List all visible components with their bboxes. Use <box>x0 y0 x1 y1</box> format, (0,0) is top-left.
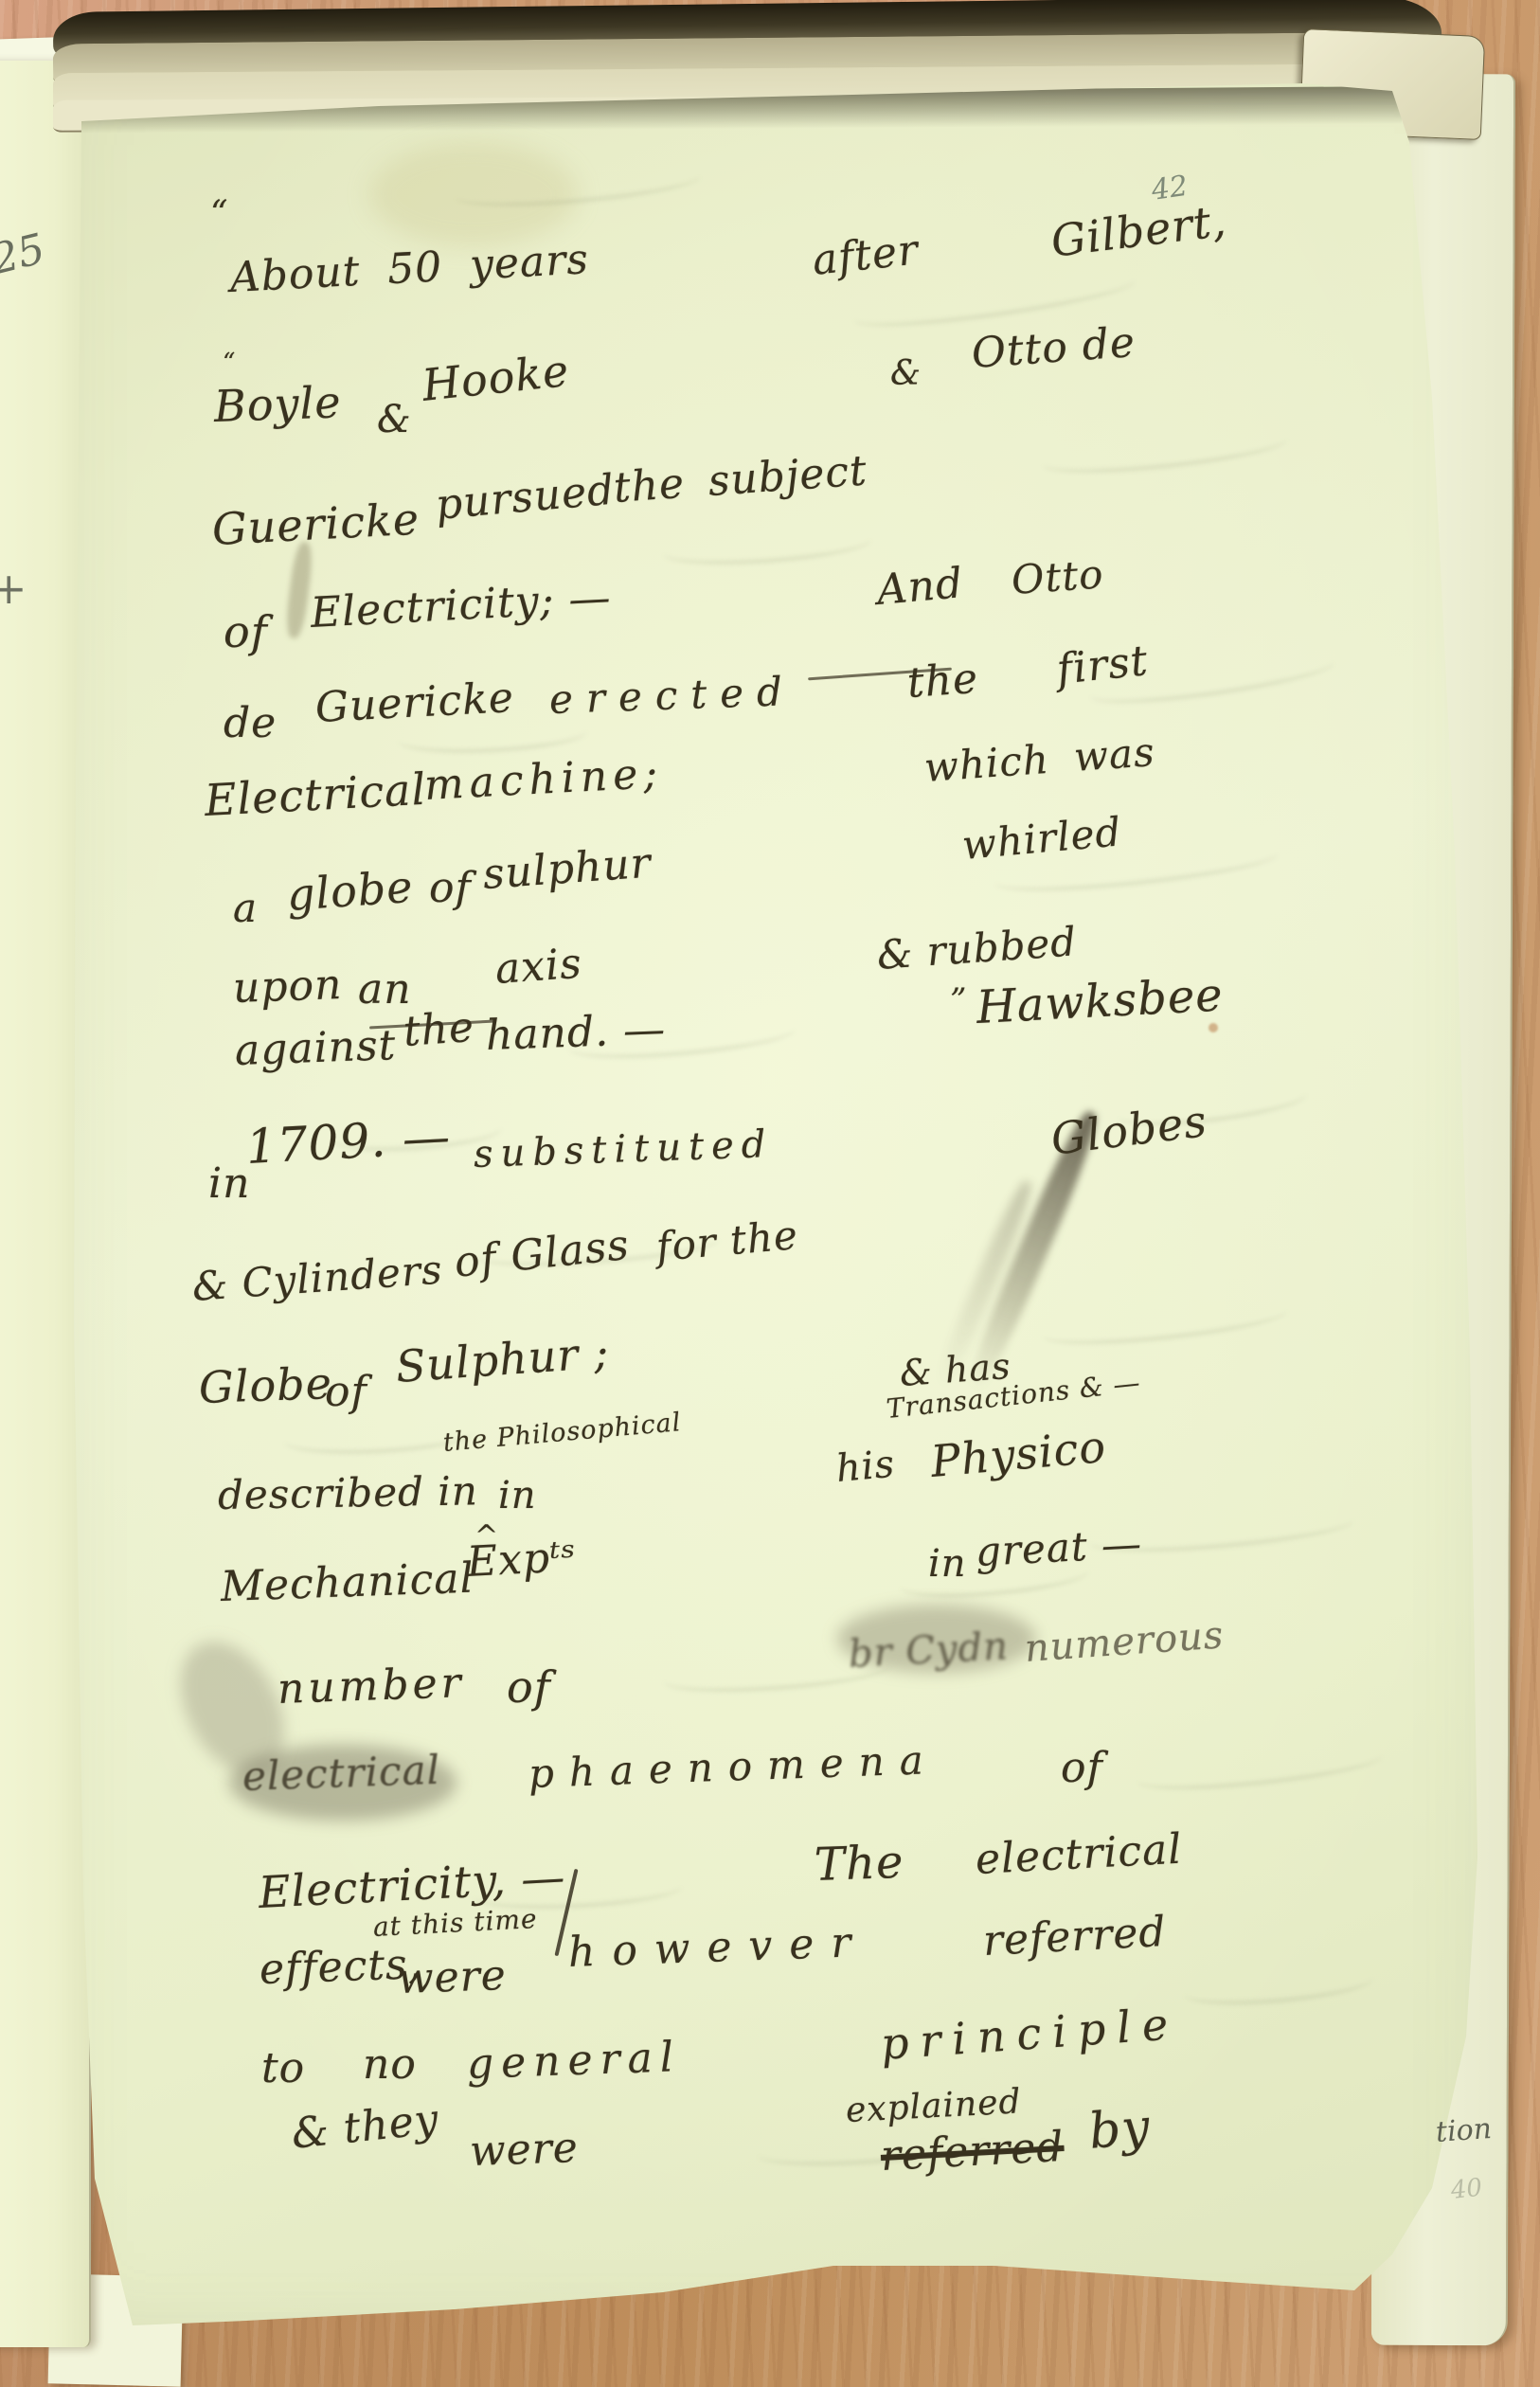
handwriting-segment: general <box>466 2033 682 2089</box>
handwriting-segment: referred <box>982 1908 1168 1965</box>
handwriting-segment: of <box>507 1661 551 1713</box>
handwriting-segment: in <box>498 1474 537 1517</box>
handwriting-segment: by <box>1086 2098 1153 2160</box>
handwriting-segment: Otto <box>1010 550 1105 603</box>
handwriting-segment: of <box>429 864 472 912</box>
handwriting-segment: “ <box>223 349 236 377</box>
handwriting-segment: erected <box>548 668 796 723</box>
handwriting-segment: About 50 years <box>229 235 590 302</box>
handwriting-segment: explained <box>845 2082 1023 2130</box>
handwriting-segment: of <box>325 1368 367 1416</box>
handwriting-segment: upon <box>232 960 343 1013</box>
handwriting-segment: against <box>234 1021 397 1075</box>
left-margin-mark: + <box>0 563 27 614</box>
handwriting-segment: Electrical <box>204 763 428 826</box>
handwriting-segment: substituted <box>473 1122 774 1176</box>
handwriting-segment: which was <box>922 728 1156 791</box>
under-page-number-fragment: 40 <box>1449 2174 1483 2205</box>
handwriting-segment: in <box>208 1159 250 1208</box>
handwriting-segment: the <box>402 1003 475 1056</box>
handwriting-segment: & rubbed <box>875 918 1078 978</box>
handwriting-segment: number <box>277 1659 465 1714</box>
handwriting-segment: of Glass <box>452 1221 632 1287</box>
handwriting-segment: Gilbert, <box>1048 195 1229 267</box>
handwriting-segment: pursued <box>434 466 617 529</box>
handwriting-segment: no <box>363 2040 417 2089</box>
handwriting-segment: 1709. — <box>244 1109 452 1175</box>
handwriting-segment: br Cydn <box>848 1624 1010 1677</box>
handwriting-segment: Hawksbee <box>976 968 1225 1034</box>
handwriting-segment: axis <box>493 940 583 994</box>
handwriting-segment: a <box>233 885 258 931</box>
handwriting-segment: Electricity; — <box>310 573 613 637</box>
handwriting-segment: Mechanical <box>220 1554 475 1611</box>
handwriting-segment: hand. — <box>485 1005 667 1060</box>
handwriting-segment: Hooke <box>420 345 571 411</box>
handwriting-segment: his <box>834 1443 897 1491</box>
under-page-text-fragment: tion <box>1435 2112 1493 2149</box>
handwriting-segment: Otto de <box>970 318 1137 378</box>
handwriting-segment: described in <box>218 1467 479 1518</box>
handwriting-segment: phaenomena <box>528 1736 939 1797</box>
handwriting-segment: Physico <box>929 1421 1108 1487</box>
handwriting-segment: first <box>1054 637 1150 694</box>
handwriting-segment: electrical <box>242 1747 441 1800</box>
handwriting-segment: numerous <box>1023 1613 1225 1671</box>
handwriting-segment: Globes <box>1048 1095 1210 1165</box>
handwriting-segment: sulphur <box>481 839 653 899</box>
handwriting-segment: to <box>261 2044 305 2092</box>
handwriting-segment: great — <box>975 1520 1143 1575</box>
handwriting-segment: & <box>377 398 412 441</box>
handwriting-segment: ” <box>950 981 967 1019</box>
handwriting-segment: an <box>358 965 412 1014</box>
manuscript-photo: 42 25 + tion 40 “About 50 yearsafterGilb… <box>0 0 1540 2387</box>
handwriting-segment: & <box>890 354 922 393</box>
handwriting-segment: were <box>397 1951 507 2003</box>
handwriting-segment: Guericke <box>314 673 515 732</box>
handwriting-segment: principle <box>879 1998 1181 2070</box>
handwriting-segment: the subject <box>612 446 868 512</box>
handwriting-segment: after <box>810 225 921 284</box>
handwriting-segment: whirled <box>960 808 1123 869</box>
handwriting-segment: “ <box>210 194 228 233</box>
handwriting-segment: were <box>469 2124 579 2176</box>
handwriting-segment: of <box>1061 1744 1103 1792</box>
handwriting-segment: the <box>905 655 979 708</box>
handwriting-segment: The <box>814 1836 904 1892</box>
handwriting-segment: And <box>875 559 965 615</box>
handwriting-segment: machine; <box>423 749 665 810</box>
handwriting-segment: Boyle <box>213 376 342 432</box>
handwriting-segment: Guericke <box>211 494 421 555</box>
handwriting-segment: globe <box>285 861 415 921</box>
handwriting-segment: Globe <box>198 1357 333 1413</box>
handwriting-segment: of <box>224 606 268 657</box>
handwriting-segment: referred <box>880 2123 1065 2181</box>
handwriting-layer: 42 25 + tion 40 “About 50 yearsafterGilb… <box>0 0 1540 2387</box>
handwriting-segment: Sulphur ; <box>394 1326 611 1392</box>
folio-number-left-margin: 25 <box>0 224 50 284</box>
handwriting-segment: in <box>928 1542 967 1586</box>
handwriting-segment: for the <box>654 1211 800 1270</box>
handwriting-segment: the Philosophical <box>442 1408 683 1458</box>
handwriting-segment: electrical <box>975 1825 1184 1884</box>
handwriting-segment: Expᵗˢ <box>466 1533 578 1587</box>
handwriting-segment: & they <box>289 2095 441 2159</box>
handwriting-segment: & Cylinders <box>190 1247 444 1310</box>
handwriting-segment: however <box>567 1918 868 1977</box>
handwriting-segment: de <box>224 699 277 747</box>
